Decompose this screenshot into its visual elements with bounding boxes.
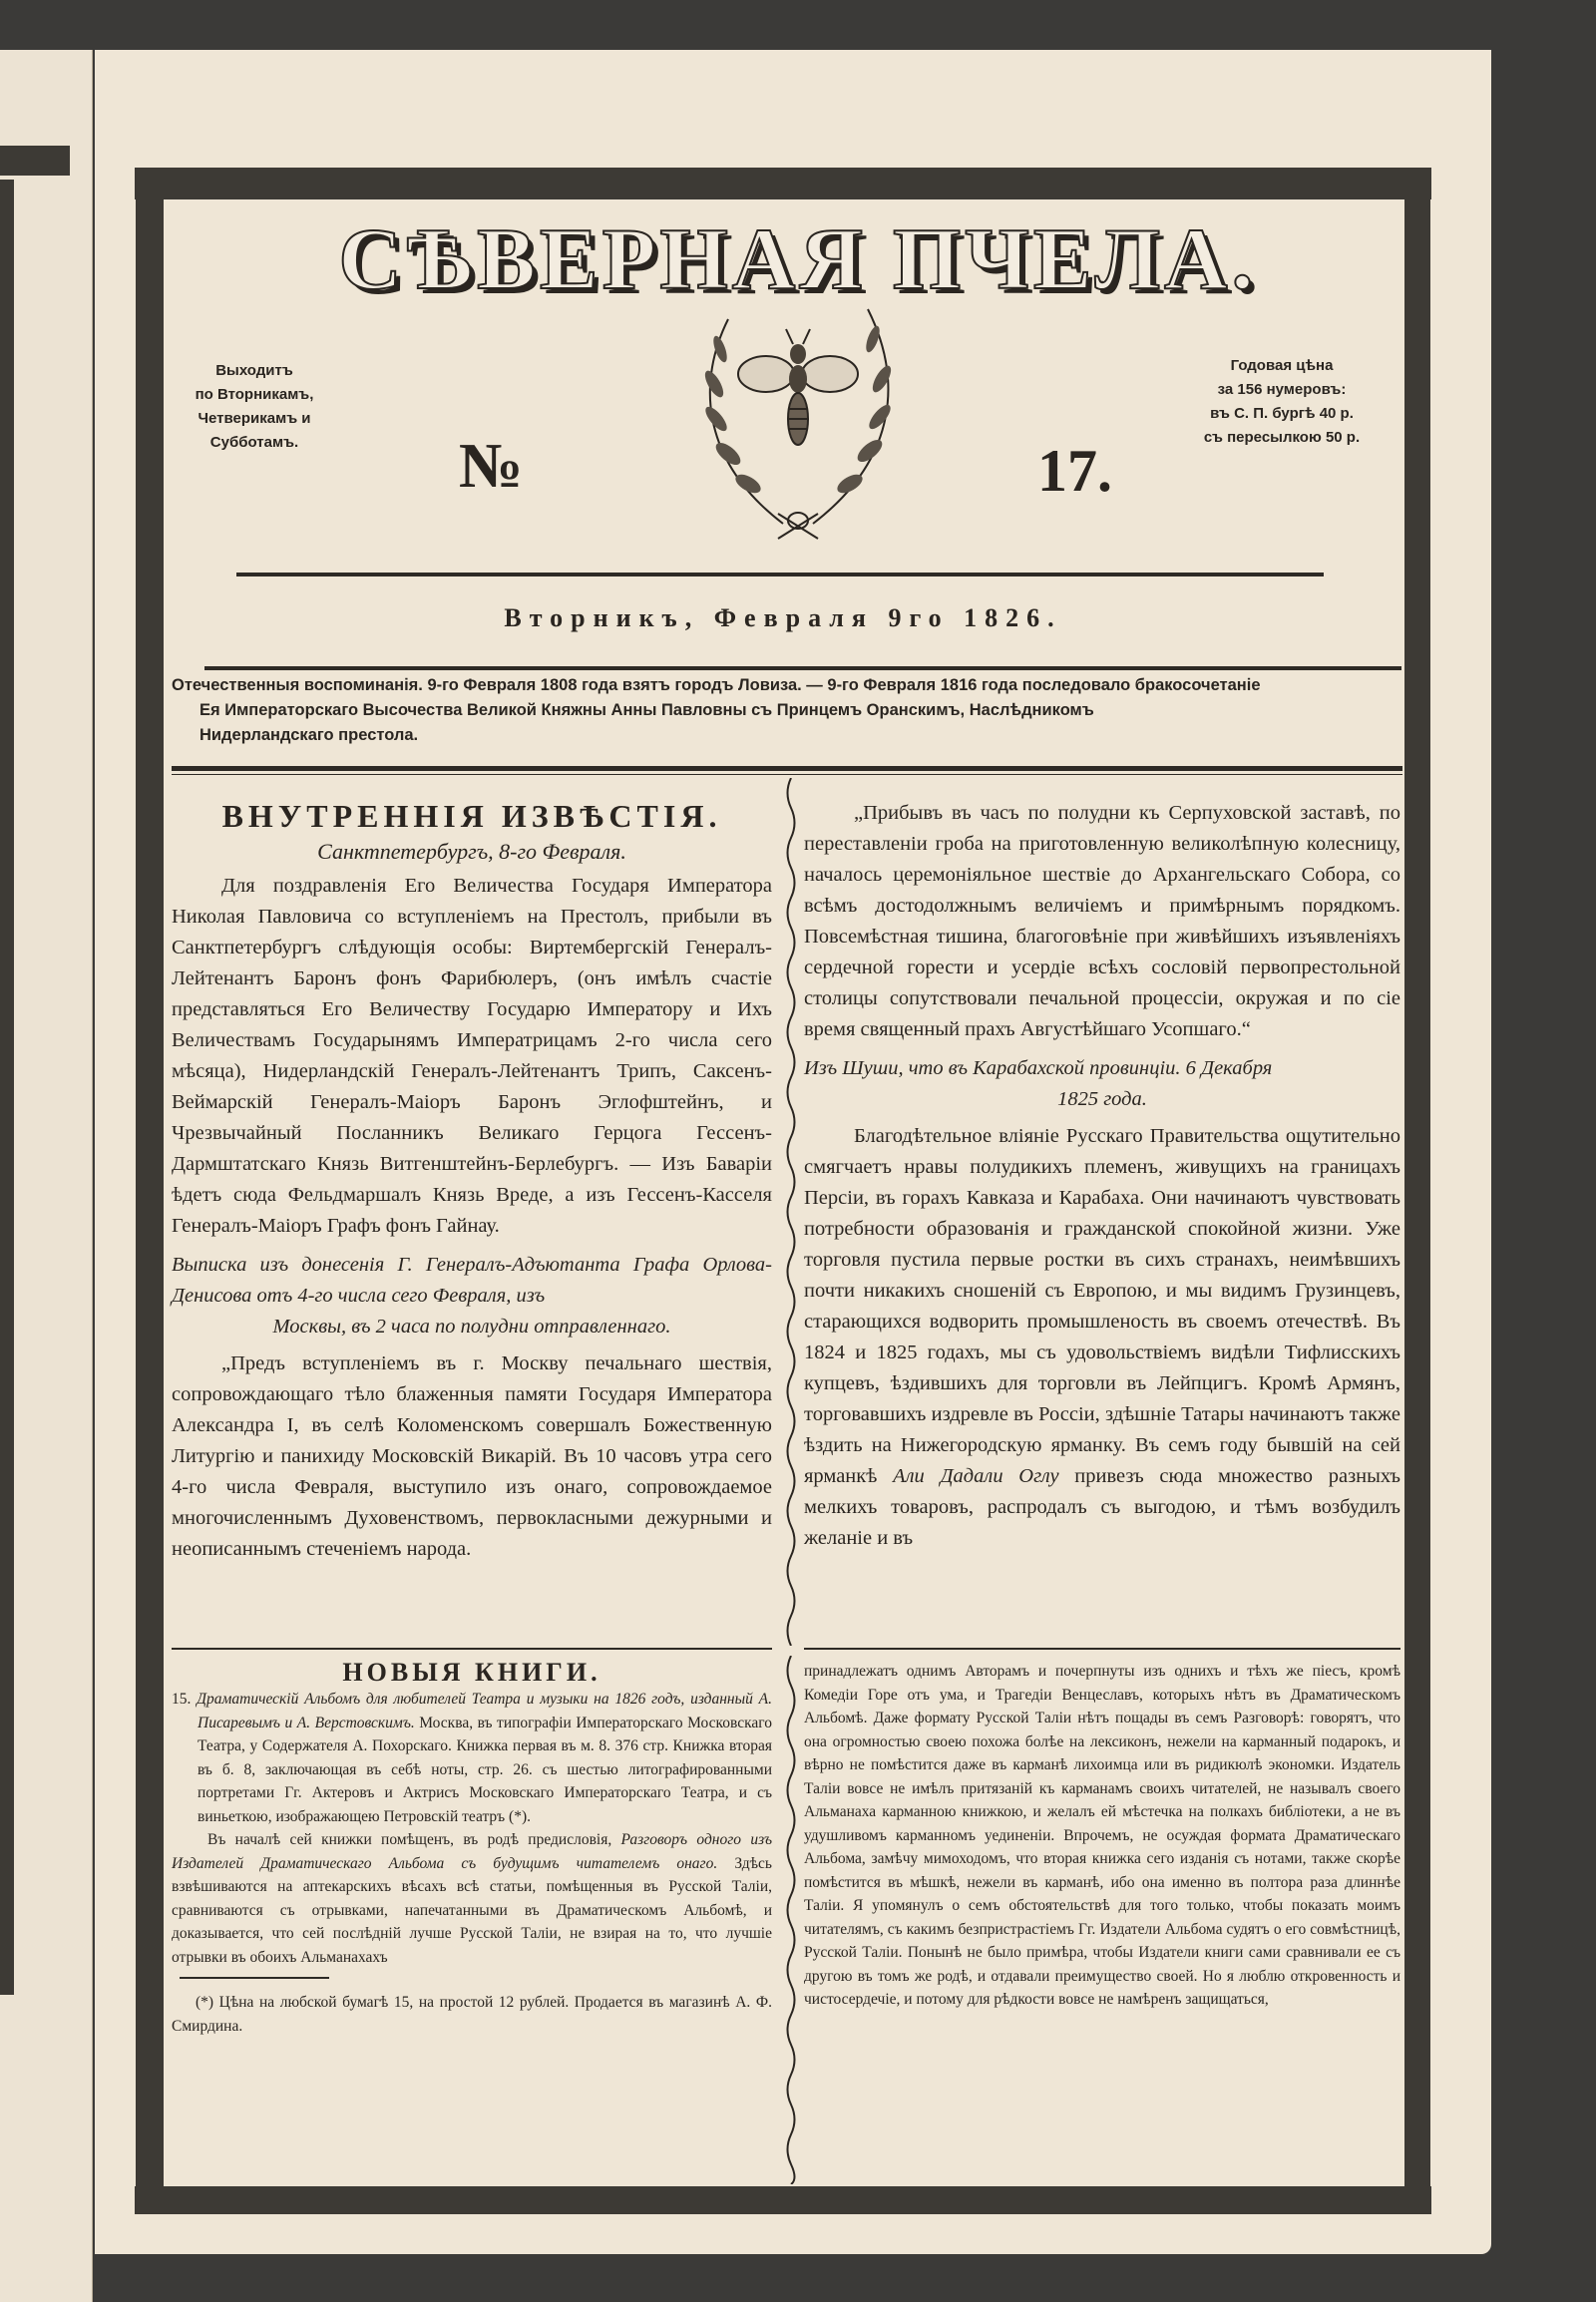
memorial-line: Отечественныя воспоминанія. 9-го Февраля…: [172, 673, 1400, 698]
book-number: 15.: [172, 1691, 191, 1708]
price-line: Годовая цѣна: [1177, 354, 1387, 378]
review-paragraph: Въ началѣ сей книжки помѣщенъ, въ родѣ п…: [172, 1828, 772, 1969]
bee-wreath-icon: [618, 299, 978, 549]
new-books-column: НОВЫЯ КНИГИ. 15. Драматическій Альбомъ д…: [172, 1658, 772, 2038]
date-rule: [204, 666, 1401, 670]
wavy-column-divider: [784, 1656, 798, 2184]
memorial-line: Нидерландскаго престола.: [172, 723, 1400, 748]
column-bottom-rule: [804, 1648, 1400, 1650]
number-sign: №: [459, 429, 523, 503]
dateline-line: Изъ Шуши, что въ Карабахской провинціи. …: [804, 1057, 1272, 1079]
section-title-internal-news: ВНУТРЕННІЯ ИЗВѢСТІЯ.: [172, 798, 772, 835]
section-title-new-books: НОВЫЯ КНИГИ.: [172, 1658, 772, 1688]
extract-heading-line: Выписка изъ донесенія Г. Генералъ-Адъюта…: [172, 1254, 772, 1307]
schedule-line: Субботамъ.: [170, 431, 339, 455]
merchant-name: Али Дадали Оглу: [893, 1465, 1059, 1487]
quote-paragraph: „Предъ вступленіемъ въ г. Москву печальн…: [172, 1348, 772, 1565]
review-text: Въ началѣ сей книжки помѣщенъ, въ родѣ п…: [207, 1831, 611, 1848]
national-memories: Отечественныя воспоминанія. 9-го Февраля…: [172, 673, 1400, 748]
dateline-st-petersburg: Санктпетербургъ, 8-го Февраля.: [172, 839, 772, 865]
frame-border-left: [136, 199, 164, 2189]
frame-border-right: [1404, 199, 1430, 2189]
shusha-paragraph: Благодѣтельное вліяніе Русскаго Правител…: [804, 1121, 1400, 1554]
books-top-rule: [172, 1648, 772, 1650]
extract-heading-line: Москвы, въ 2 часа по полудни отправленна…: [172, 1312, 772, 1343]
frame-border-bottom: [135, 2186, 1431, 2214]
annual-price: Годовая цѣна за 156 нумеровъ: въ С. П. б…: [1177, 354, 1387, 450]
books-continuation-column: принадлежатъ однимъ Авторамъ и почерпнут…: [804, 1660, 1400, 2012]
section-rule: [172, 766, 1402, 771]
publication-schedule: Выходитъ по Вторникамъ, Четверикамъ и Су…: [170, 359, 339, 455]
internal-news-column: ВНУТРЕННІЯ ИЗВѢСТІЯ. Санктпетербургъ, 8-…: [172, 798, 772, 1565]
section-rule-thin: [172, 774, 1402, 775]
shusha-dateline: Изъ Шуши, что въ Карабахской провинціи. …: [804, 1053, 1400, 1115]
masthead-title: СѢВЕРНАЯ ПЧЕЛА.: [199, 209, 1396, 310]
footnote-rule: [180, 1977, 329, 1979]
memorial-line: Ея Императорскаго Высочества Великой Кня…: [172, 698, 1400, 723]
adjacent-frame-fragment: [0, 146, 70, 176]
wavy-column-divider: [784, 778, 798, 1646]
issue-number: 17.: [1037, 437, 1112, 506]
footnote: (*) Цѣна на любской бумагѣ 15, на просто…: [172, 1991, 772, 2038]
schedule-line: по Вторникамъ,: [170, 383, 339, 407]
adjacent-frame-fragment: [0, 180, 14, 1995]
schedule-line: Выходитъ: [170, 359, 339, 383]
masthead-rule: [236, 573, 1324, 576]
schedule-line: Четверикамъ и: [170, 407, 339, 431]
price-line: съ пересылкою 50 р.: [1177, 426, 1387, 450]
quote-continuation: „Прибывъ въ часъ по полудни къ Серпуховс…: [804, 798, 1400, 1045]
frame-border-top: [135, 168, 1431, 199]
shusha-text: Благодѣтельное вліяніе Русскаго Правител…: [804, 1125, 1400, 1487]
review-continuation: принадлежатъ однимъ Авторамъ и почерпнут…: [804, 1660, 1400, 2012]
price-line: за 156 нумеровъ:: [1177, 378, 1387, 402]
adjacent-page-edge: [0, 50, 93, 2302]
price-line: въ С. П. бургѣ 40 р.: [1177, 402, 1387, 426]
dateline-line: 1825 года.: [804, 1084, 1400, 1115]
extract-heading: Выписка изъ донесенія Г. Генералъ-Адъюта…: [172, 1250, 772, 1343]
article-paragraph: Для поздравленія Его Величества Государя…: [172, 871, 772, 1242]
issue-date: Вторникъ, Февраля 9го 1826.: [160, 603, 1406, 633]
book-entry: 15. Драматическій Альбомъ для любителей …: [172, 1688, 772, 1828]
right-news-column: „Прибывъ въ часъ по полудни къ Серпуховс…: [804, 798, 1400, 1554]
